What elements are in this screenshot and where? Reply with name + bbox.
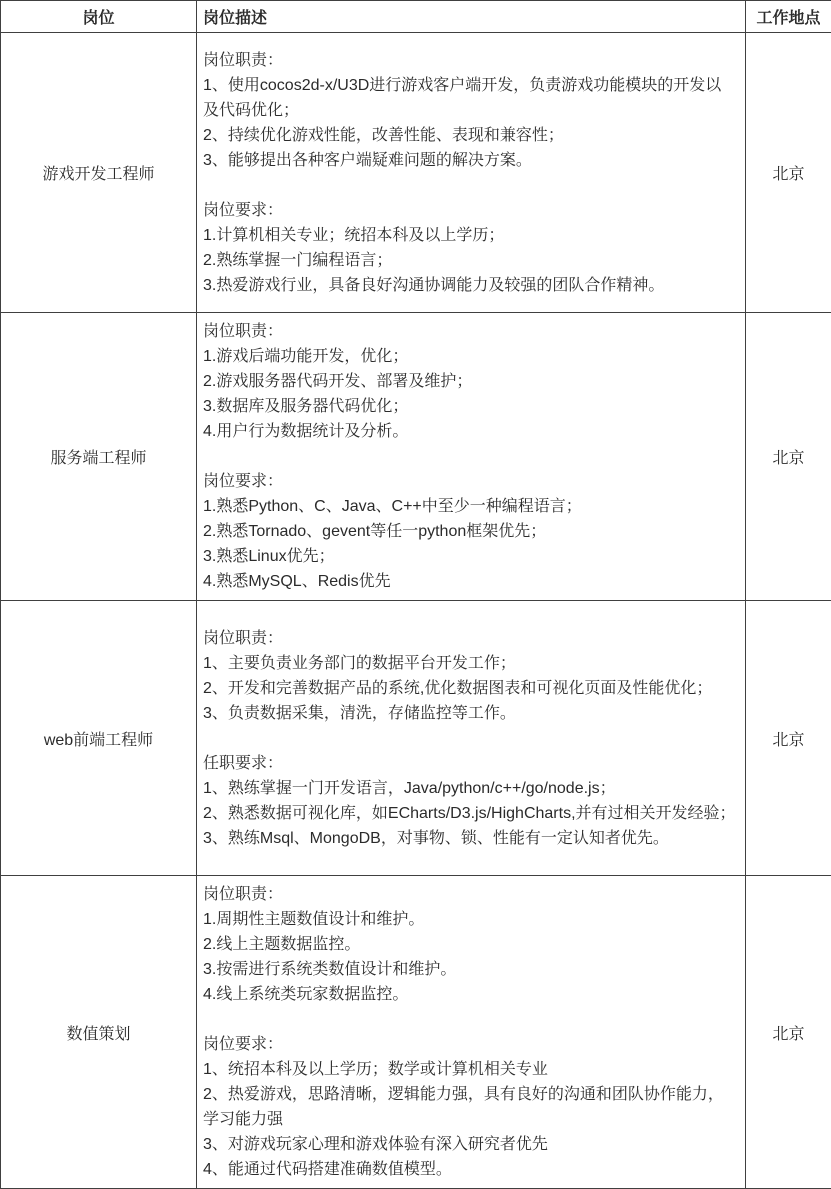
description-line: 2、开发和完善数据产品的系统,优化数据图表和可视化页面及性能优化；	[203, 676, 737, 701]
description-line: 4.熟悉MySQL、Redis优先	[203, 569, 737, 594]
job-table: 岗位 岗位描述 工作地点 游戏开发工程师 岗位职责：1、使用cocos2d-x/…	[0, 0, 831, 1189]
description-line: 任职要求：	[203, 751, 737, 776]
description-blank-line	[203, 444, 737, 469]
location-cell: 北京	[746, 876, 831, 1189]
description-cell: 岗位职责：1.游戏后端功能开发，优化；2.游戏服务器代码开发、部署及维护；3.数…	[197, 313, 746, 601]
header-position: 岗位	[1, 1, 197, 33]
description-line: 1.游戏后端功能开发，优化；	[203, 344, 737, 369]
description-line: 3.数据库及服务器代码优化；	[203, 394, 737, 419]
description-line: 1、主要负责业务部门的数据平台开发工作；	[203, 651, 737, 676]
position-cell: 游戏开发工程师	[1, 33, 197, 313]
description-line: 3、能够提出各种客户端疑难问题的解决方案。	[203, 148, 737, 173]
description-line: 2、持续优化游戏性能，改善性能、表现和兼容性；	[203, 123, 737, 148]
location-cell: 北京	[746, 313, 831, 601]
description-line: 3、负责数据采集，清洗，存储监控等工作。	[203, 701, 737, 726]
description-line: 2、熟悉数据可视化库，如ECharts/D3.js/HighCharts,并有过…	[203, 801, 737, 826]
job-table-body: 游戏开发工程师 岗位职责：1、使用cocos2d-x/U3D进行游戏客户端开发，…	[1, 33, 831, 1189]
job-table-header: 岗位 岗位描述 工作地点	[1, 1, 831, 33]
description-blank-line	[203, 726, 737, 751]
description-blank-line	[203, 173, 737, 198]
description-cell: 岗位职责：1.周期性主题数值设计和维护。2.线上主题数据监控。3.按需进行系统类…	[197, 876, 746, 1189]
position-cell: 数值策划	[1, 876, 197, 1189]
description-line: 3、对游戏玩家心理和游戏体验有深入研究者优先	[203, 1132, 737, 1157]
description-cell: 岗位职责：1、使用cocos2d-x/U3D进行游戏客户端开发，负责游戏功能模块…	[197, 33, 746, 313]
location-cell: 北京	[746, 601, 831, 876]
description-line: 1、熟练掌握一门开发语言，Java/python/c++/go/node.js；	[203, 776, 737, 801]
description-line: 岗位要求：	[203, 469, 737, 494]
description-line: 1.计算机相关专业；统招本科及以上学历；	[203, 223, 737, 248]
description-line: 岗位职责：	[203, 319, 737, 344]
description-line: 岗位职责：	[203, 626, 737, 651]
header-location: 工作地点	[746, 1, 831, 33]
description-line: 4、能通过代码搭建准确数值模型。	[203, 1157, 737, 1182]
position-cell: 服务端工程师	[1, 313, 197, 601]
description-line: 1.周期性主题数值设计和维护。	[203, 907, 737, 932]
description-line: 1.熟悉Python、C、Java、C++中至少一种编程语言；	[203, 494, 737, 519]
description-line: 3.按需进行系统类数值设计和维护。	[203, 957, 737, 982]
description-line: 3.熟悉Linux优先；	[203, 544, 737, 569]
description-line: 2.熟悉Tornado、gevent等任一python框架优先；	[203, 519, 737, 544]
description-line: 3、熟练Msql、MongoDB，对事物、锁、性能有一定认知者优先。	[203, 826, 737, 851]
description-line: 2.熟练掌握一门编程语言；	[203, 248, 737, 273]
description-line: 岗位要求：	[203, 198, 737, 223]
description-line: 3.热爱游戏行业，具备良好沟通协调能力及较强的团队合作精神。	[203, 273, 737, 298]
description-line: 2、热爱游戏，思路清晰，逻辑能力强，具有良好的沟通和团队协作能力，学习能力强	[203, 1082, 737, 1132]
header-description: 岗位描述	[197, 1, 746, 33]
job-listing-page: 岗位 岗位描述 工作地点 游戏开发工程师 岗位职责：1、使用cocos2d-x/…	[0, 0, 831, 1169]
description-blank-line	[203, 1007, 737, 1032]
description-line: 岗位职责：	[203, 882, 737, 907]
description-line: 4.用户行为数据统计及分析。	[203, 419, 737, 444]
table-row: 数值策划 岗位职责：1.周期性主题数值设计和维护。2.线上主题数据监控。3.按需…	[1, 876, 831, 1189]
header-row: 岗位 岗位描述 工作地点	[1, 1, 831, 33]
table-row: web前端工程师 岗位职责：1、主要负责业务部门的数据平台开发工作；2、开发和完…	[1, 601, 831, 876]
description-line: 岗位职责：	[203, 48, 737, 73]
description-line: 2.线上主题数据监控。	[203, 932, 737, 957]
description-line: 4.线上系统类玩家数据监控。	[203, 982, 737, 1007]
description-cell: 岗位职责：1、主要负责业务部门的数据平台开发工作；2、开发和完善数据产品的系统,…	[197, 601, 746, 876]
table-row: 服务端工程师 岗位职责：1.游戏后端功能开发，优化；2.游戏服务器代码开发、部署…	[1, 313, 831, 601]
description-line: 岗位要求：	[203, 1032, 737, 1057]
position-cell: web前端工程师	[1, 601, 197, 876]
description-line: 1、统招本科及以上学历；数学或计算机相关专业	[203, 1057, 737, 1082]
description-line: 2.游戏服务器代码开发、部署及维护；	[203, 369, 737, 394]
description-line: 1、使用cocos2d-x/U3D进行游戏客户端开发，负责游戏功能模块的开发以及…	[203, 73, 737, 123]
location-cell: 北京	[746, 33, 831, 313]
table-row: 游戏开发工程师 岗位职责：1、使用cocos2d-x/U3D进行游戏客户端开发，…	[1, 33, 831, 313]
